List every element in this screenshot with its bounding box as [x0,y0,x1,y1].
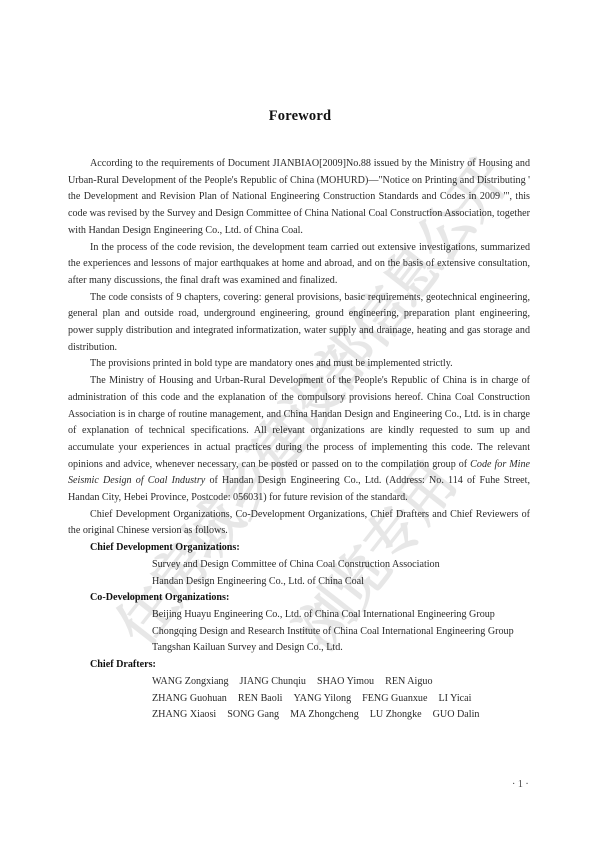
drafter-name: LU Zhongke [370,709,422,720]
drafter-name: SHAO Yimou [317,676,374,687]
drafter-name: GUO Dalin [433,709,480,720]
paragraph-origin: According to the requirements of Documen… [68,156,530,240]
document-body: According to the requirements of Documen… [68,156,530,724]
drafters-row-1: WANG ZongxiangJIANG ChunqiuSHAO YimouREN… [152,674,530,691]
paragraph-process: In the process of the code revision, the… [68,240,530,290]
list-item: Tangshan Kailuan Survey and Design Co., … [152,640,530,657]
admin-text-start: The Ministry of Housing and Urban-Rural … [68,375,530,470]
drafter-name: MA Zhongcheng [290,709,359,720]
list-item: Survey and Design Committee of China Coa… [152,557,530,574]
drafter-name: REN Aiguo [385,676,432,687]
drafter-name: ZHANG Xiaosi [152,709,216,720]
section-heading-co-development: Co-Development Organizations: [90,590,530,607]
page-title: Foreword [0,108,600,125]
page-number: · 1 · [512,779,529,790]
document-page: 住房城乡建设部信息公开 浏览专用 Foreword According to t… [0,0,600,849]
paragraph-mandatory: The provisions printed in bold type are … [68,356,530,373]
drafter-name: REN Baoli [238,693,283,704]
drafter-name: JIANG Chunqiu [240,676,306,687]
drafter-name: SONG Gang [227,709,279,720]
paragraph-list-intro: Chief Development Organizations, Co-Deve… [68,507,530,540]
drafter-name: WANG Zongxiang [152,676,229,687]
list-item: Chongqing Design and Research Institute … [152,624,530,641]
drafter-name: ZHANG Guohuan [152,693,227,704]
paragraph-administration: The Ministry of Housing and Urban-Rural … [68,373,530,507]
section-heading-chief-drafters: Chief Drafters: [90,657,530,674]
drafter-name: FENG Guanxue [362,693,427,704]
drafters-row-3: ZHANG XiaosiSONG GangMA ZhongchengLU Zho… [152,707,530,724]
list-item: Handan Design Engineering Co., Ltd. of C… [152,574,530,591]
drafter-name: YANG Yilong [293,693,351,704]
paragraph-contents: The code consists of 9 chapters, coverin… [68,290,530,357]
list-item: Beijing Huayu Engineering Co., Ltd. of C… [152,607,530,624]
section-heading-chief-development: Chief Development Organizations: [90,540,530,557]
drafter-name: LI Yicai [438,693,471,704]
drafters-row-2: ZHANG GuohuanREN BaoliYANG YilongFENG Gu… [152,691,530,708]
